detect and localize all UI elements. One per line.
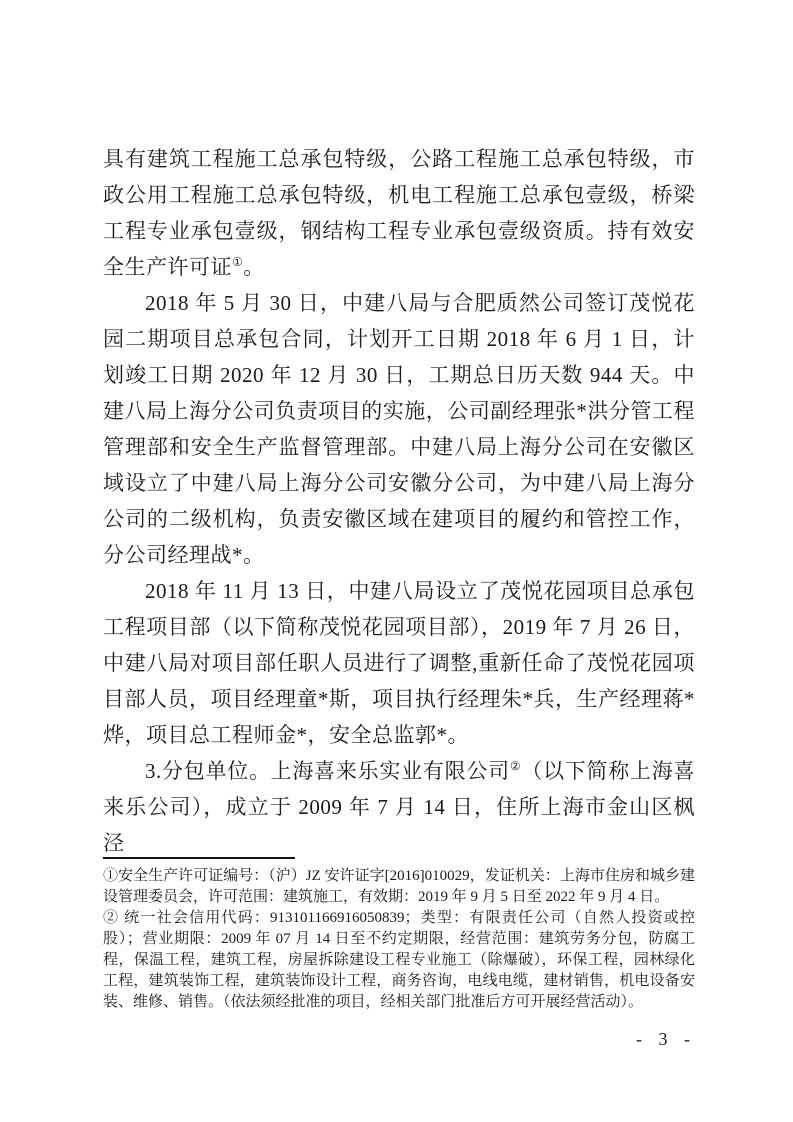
paragraph-project-department: 2018 年 11 月 13 日，中建八局设立了茂悦花园项目总承包工程项目部（以… <box>103 573 695 753</box>
paragraph-text: 3.分包单位。上海喜来乐实业有限公司 <box>145 759 510 783</box>
paragraph-text: 。 <box>243 255 265 279</box>
paragraph-contract-signing: 2018 年 5 月 30 日，中建八局与合肥质然公司签订茂悦花园二期项目总承包… <box>103 285 695 573</box>
footnote-ref-1: ① <box>232 255 243 269</box>
footnote-ref-2: ② <box>510 759 522 773</box>
body-text: 具有建筑工程施工总承包特级，公路工程施工总承包特级，市政公用工程施工总承包特级，… <box>103 141 695 861</box>
document-page: 具有建筑工程施工总承包特级，公路工程施工总承包特级，市政公用工程施工总承包特级，… <box>0 0 793 1122</box>
footnotes-section: ①安全生产许可证编号：（沪）JZ 安许证字[2016]010029，发证机关：上… <box>103 857 695 1013</box>
footnote-2: ② 统一社会信用代码：913101166916050839；类型：有限责任公司（… <box>103 908 695 1013</box>
paragraph-text: 具有建筑工程施工总承包特级，公路工程施工总承包特级，市政公用工程施工总承包特级，… <box>103 147 695 279</box>
paragraph-text: 2018 年 5 月 30 日，中建八局与合肥质然公司签订茂悦花园二期项目总承包… <box>103 291 695 567</box>
footnote-1: ①安全生产许可证编号：（沪）JZ 安许证字[2016]010029，发证机关：上… <box>103 866 695 908</box>
page-number: - 3 - <box>601 1029 731 1050</box>
paragraph-subcontractor: 3.分包单位。上海喜来乐实业有限公司②（以下简称上海喜来乐公司），成立于 200… <box>103 753 695 861</box>
paragraph-qualifications: 具有建筑工程施工总承包特级，公路工程施工总承包特级，市政公用工程施工总承包特级，… <box>103 141 695 285</box>
paragraph-text: 2018 年 11 月 13 日，中建八局设立了茂悦花园项目总承包工程项目部（以… <box>103 579 695 747</box>
footnote-separator-rule <box>103 857 295 859</box>
